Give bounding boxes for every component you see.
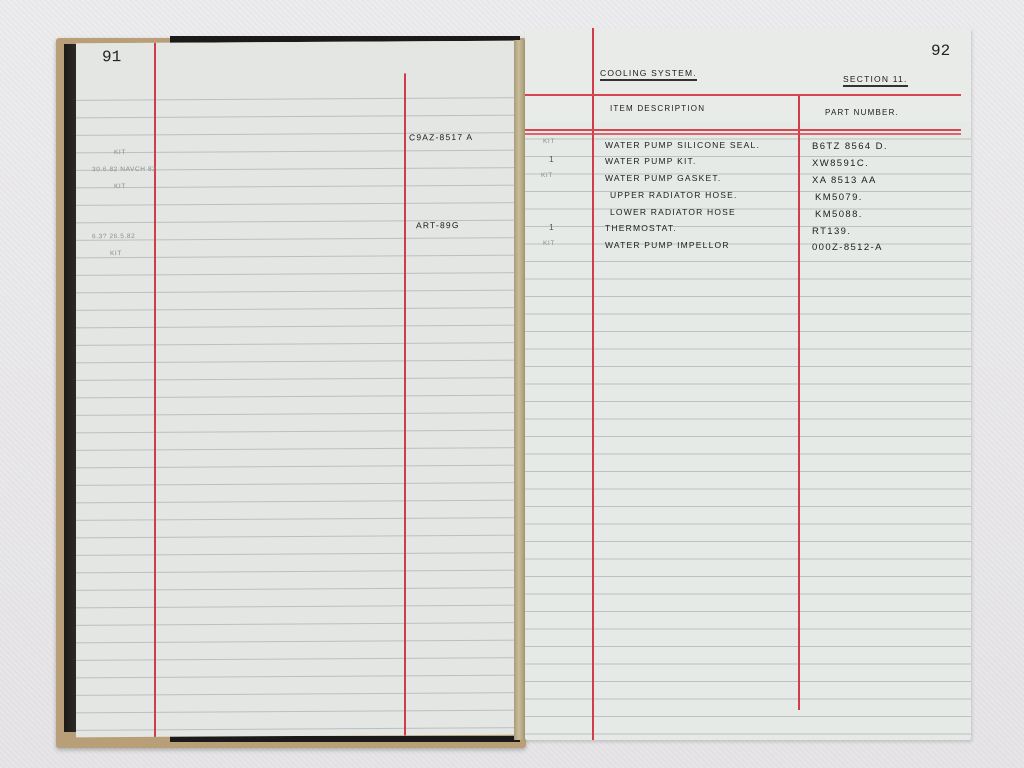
left-part-number: ART-89G [416,220,460,230]
header-rule-double [525,133,961,135]
header-rule-top [525,94,961,96]
row-description: WATER PUMP KIT. [605,156,697,166]
header-rule-bottom [525,129,961,131]
row-part-number: 000Z-8512-A [812,242,883,253]
row-qty: 1 [549,154,555,164]
row-part-number: XA 8513 AA [812,175,877,186]
left-part-number: C9AZ-8517 A [409,132,473,142]
right-page: 92 COOLING SYSTEM. SECTION 11. ITEM DESC… [525,28,971,740]
left-page: 91 KIT 30.6.82 NAVCH 82 KIT 6.3? 26.5.82… [76,41,518,738]
column-header-description: ITEM DESCRIPTION [610,104,705,113]
margin-note: KIT [114,149,126,156]
row-description: WATER PUMP GASKET. [605,173,721,183]
row-description: LOWER RADIATOR HOSE [610,207,736,217]
left-page-header [76,41,518,74]
row-description: WATER PUMP IMPELLOR [605,240,730,250]
row-part-number: XW8591C. [812,158,869,169]
left-margin-rule [154,43,156,737]
section-title: COOLING SYSTEM. [600,68,697,81]
page-number-right: 92 [931,42,950,60]
row-part-number: KM5079. [815,192,863,203]
row-qty: KIT [543,138,555,145]
row-qty: KIT [543,240,555,247]
row-qty: KIT [541,172,553,179]
page-number-left: 91 [102,48,121,66]
row-part-number: RT139. [812,226,851,237]
cover-binding-bottom [170,736,520,742]
margin-note: 6.3? 26.5.82 [92,233,135,240]
row-description: UPPER RADIATOR HOSE. [610,190,738,200]
margin-note: 30.6.82 NAVCH 82 [92,166,156,173]
section-number: SECTION 11. [843,74,908,87]
margin-note: KIT [114,183,126,190]
row-description: THERMOSTAT. [605,223,677,233]
row-description: WATER PUMP SILICONE SEAL. [605,140,760,150]
row-part-number: KM5088. [815,209,863,220]
part-number-column-rule [798,96,800,710]
right-margin-rule [592,28,594,740]
row-part-number: B6TZ 8564 D. [812,141,888,152]
left-column-rule [404,73,406,735]
column-header-part-number: PART NUMBER. [825,108,899,117]
row-qty: 1 [549,222,555,232]
margin-note: KIT [110,250,122,257]
